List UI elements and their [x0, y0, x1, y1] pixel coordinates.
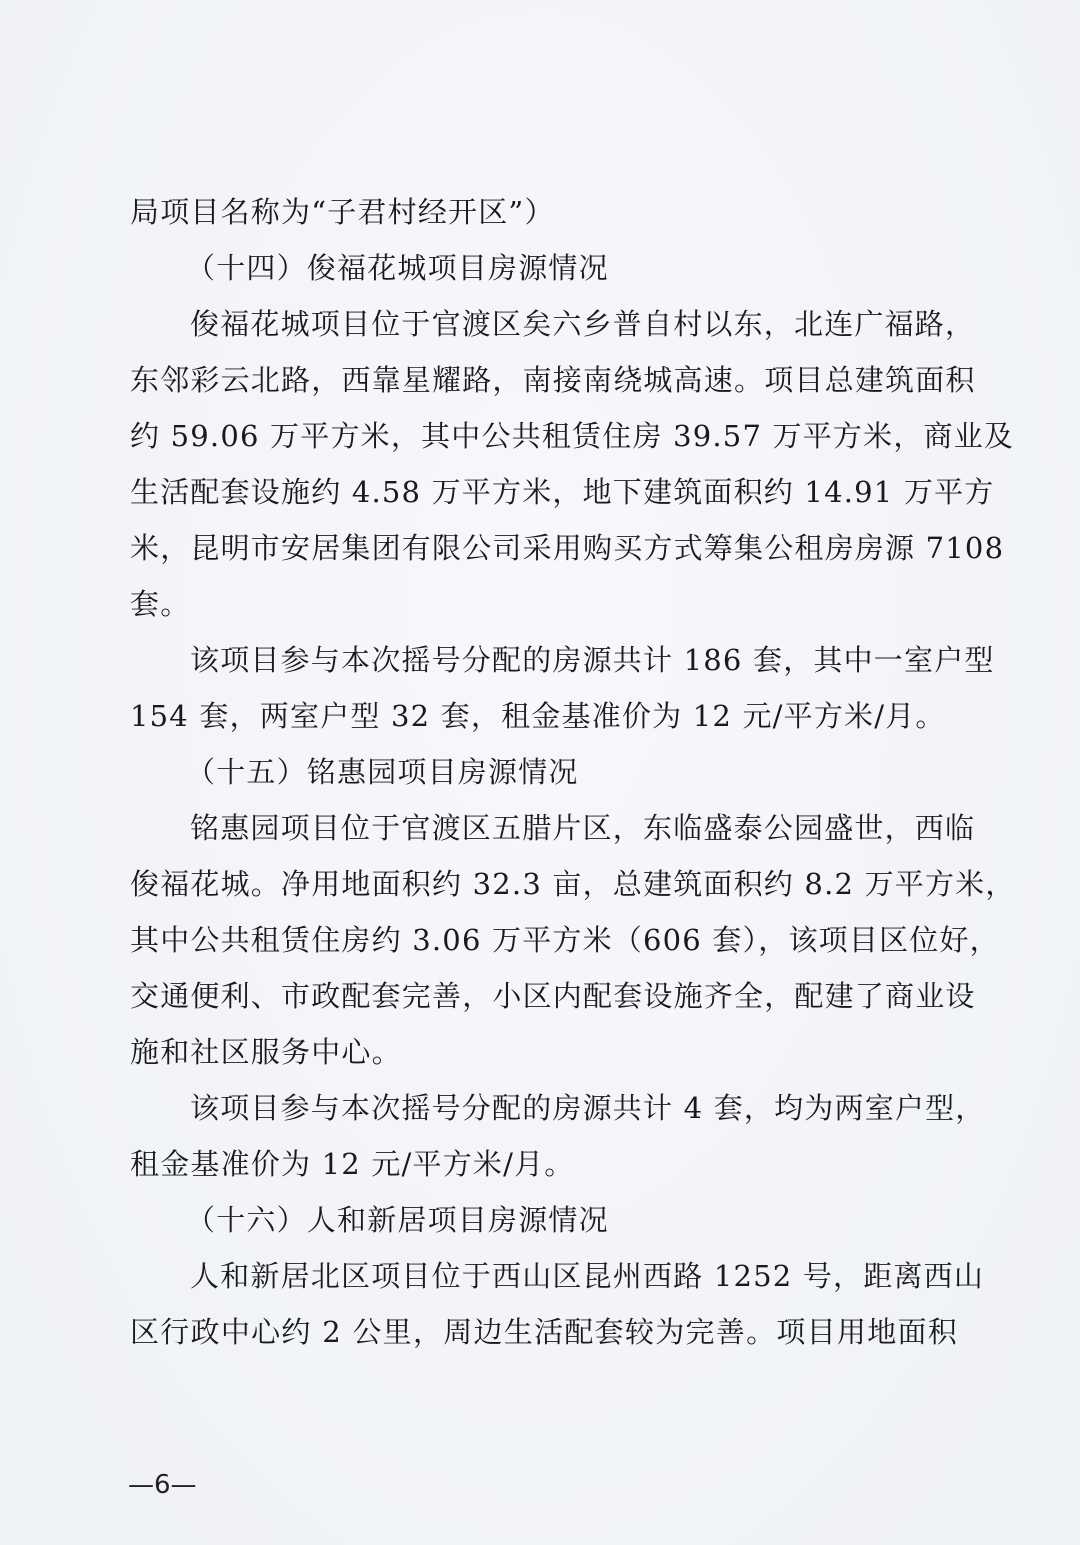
section-heading-16: （十六）人和新居项目房源情况 — [130, 1192, 958, 1248]
paragraph-line: 铭惠园项目位于官渡区五腊片区，东临盛泰公园盛世，西临 — [130, 800, 958, 856]
paragraph-line: 154 套，两室户型 32 套，租金基准价为 12 元/平方米/月。 — [130, 688, 958, 744]
paragraph-line: 租金基准价为 12 元/平方米/月。 — [130, 1136, 958, 1192]
paragraph-line: 该项目参与本次摇号分配的房源共计 186 套，其中一室户型 — [130, 632, 958, 688]
paragraph-line: 该项目参与本次摇号分配的房源共计 4 套，均为两室户型， — [130, 1080, 958, 1136]
paragraph-line: 其中公共租赁住房约 3.06 万平方米（606 套），该项目区位好， — [130, 912, 958, 968]
document-page: 局项目名称为“子君村经开区”） （十四）俊福花城项目房源情况 俊福花城项目位于官… — [0, 0, 1080, 1545]
paragraph-line: 东邻彩云北路，西靠星耀路，南接南绕城高速。项目总建筑面积 — [130, 352, 958, 408]
page-number: —6— — [128, 1470, 197, 1500]
document-body: 局项目名称为“子君村经开区”） （十四）俊福花城项目房源情况 俊福花城项目位于官… — [130, 184, 958, 1360]
paragraph-line: 俊福花城。净用地面积约 32.3 亩，总建筑面积约 8.2 万平方米， — [130, 856, 958, 912]
section-heading-15: （十五）铭惠园项目房源情况 — [130, 744, 958, 800]
paragraph-line: 约 59.06 万平方米，其中公共租赁住房 39.57 万平方米，商业及 — [130, 408, 958, 464]
paragraph-line: 人和新居北区项目位于西山区昆州西路 1252 号，距离西山 — [130, 1248, 958, 1304]
paragraph-line: 套。 — [130, 576, 958, 632]
text-line: 局项目名称为“子君村经开区”） — [130, 184, 958, 240]
paragraph-line: 俊福花城项目位于官渡区矣六乡普自村以东，北连广福路， — [130, 296, 958, 352]
paragraph-line: 米，昆明市安居集团有限公司采用购买方式筹集公租房房源 7108 — [130, 520, 958, 576]
paragraph-line: 生活配套设施约 4.58 万平方米，地下建筑面积约 14.91 万平方 — [130, 464, 958, 520]
section-heading-14: （十四）俊福花城项目房源情况 — [130, 240, 958, 296]
paragraph-line: 交通便利、市政配套完善，小区内配套设施齐全，配建了商业设 — [130, 968, 958, 1024]
paragraph-line: 区行政中心约 2 公里，周边生活配套较为完善。项目用地面积 — [130, 1304, 958, 1360]
paragraph-line: 施和社区服务中心。 — [130, 1024, 958, 1080]
